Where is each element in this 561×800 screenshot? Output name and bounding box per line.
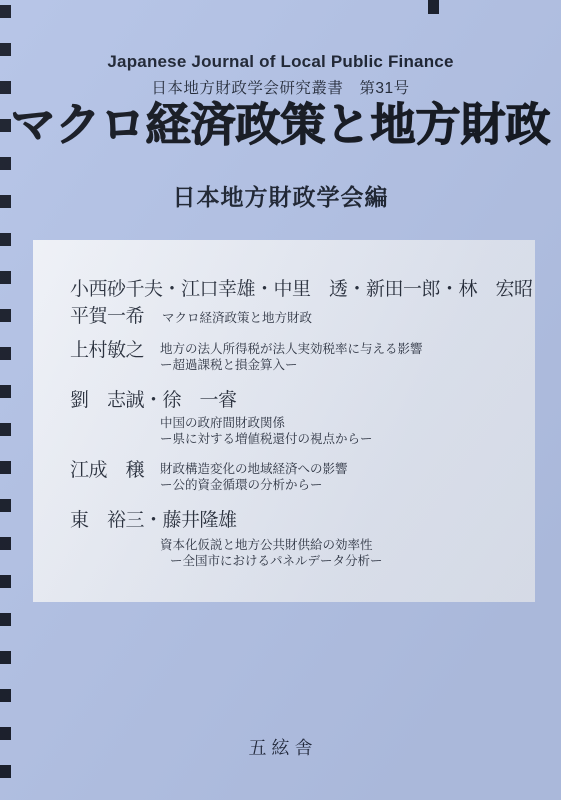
toc-entry-4-title-line1: 財政構造変化の地域経済への影響	[160, 461, 348, 477]
contents-panel: 小西砂千夫・江口幸雄・中里 透・新田一郎・林 宏昭 平賀一希 マクロ経済政策と地…	[33, 240, 535, 602]
toc-entry-2-title-line1: 地方の法人所得税が法人実効税率に与える影響	[160, 341, 423, 357]
film-edge-mark	[0, 651, 11, 664]
journal-title-english: Japanese Journal of Local Public Finance	[0, 52, 561, 72]
editor-line: 日本地方財政学会編	[0, 179, 561, 212]
book-cover: Japanese Journal of Local Public Finance…	[0, 0, 561, 800]
film-edge-mark	[0, 81, 11, 94]
toc-entry-5-title-line1: 資本化仮説と地方公共財供給の効率性	[160, 537, 529, 553]
toc-entry-1: 小西砂千夫・江口幸雄・中里 透・新田一郎・林 宏昭 平賀一希 マクロ経済政策と地…	[70, 278, 529, 329]
film-edge-mark	[0, 423, 11, 436]
toc-entry-1-authors: 小西砂千夫・江口幸雄・中里 透・新田一郎・林 宏昭	[70, 278, 529, 302]
toc-entry-5: 東 裕三・藤井隆雄 資本化仮説と地方公共財供給の効率性 ー全国市におけるパネルデ…	[70, 509, 529, 569]
film-edge-mark	[0, 727, 11, 740]
toc-entry-4-author: 江成 穣	[70, 459, 160, 483]
book-title: マクロ経済政策と地方財政	[0, 100, 561, 150]
toc-entry-1-authors-cont: 平賀一希	[70, 305, 144, 329]
toc-entry-2: 上村敏之 地方の法人所得税が法人実効税率に与える影響 ー超過課税と損金算入ー	[70, 339, 529, 373]
film-edge-mark	[0, 765, 11, 778]
toc-entry-3: 劉 志誠・徐 一睿 中国の政府間財政関係 ー県に対する増値税還付の視点からー	[70, 389, 529, 447]
series-volume-line: 日本地方財政学会研究叢書 第31号	[0, 76, 561, 98]
film-edge-mark	[0, 233, 11, 246]
publisher-name: 五絃舎	[0, 734, 561, 760]
film-edge-mark	[0, 43, 11, 56]
toc-entry-5-authors: 東 裕三・藤井隆雄	[70, 509, 529, 533]
film-edge-mark	[428, 0, 439, 14]
toc-entry-1-title: マクロ経済政策と地方財政	[162, 310, 312, 326]
toc-entry-3-authors: 劉 志誠・徐 一睿	[70, 389, 529, 413]
film-edge-mark	[0, 689, 11, 702]
film-edge-mark	[0, 119, 11, 132]
toc-entry-5-title-line2: ー全国市におけるパネルデータ分析ー	[170, 553, 529, 569]
film-edge-mark	[0, 271, 11, 284]
film-edge-mark	[0, 613, 11, 626]
film-edge-mark	[0, 461, 11, 474]
toc-entry-4-title-line2: ー公的資金循環の分析からー	[160, 477, 348, 493]
toc-entry-3-title-line2: ー県に対する増値税還付の視点からー	[160, 431, 529, 447]
film-edge-mark	[0, 575, 11, 588]
film-edge-mark	[0, 157, 11, 170]
toc-entry-2-title-line2: ー超過課税と損金算入ー	[160, 357, 423, 373]
film-edge-mark	[0, 309, 11, 322]
film-edge-mark	[0, 5, 11, 18]
film-edge-mark	[0, 499, 11, 512]
film-edge-mark	[0, 385, 11, 398]
toc-entry-3-title-line1: 中国の政府間財政関係	[160, 415, 529, 431]
film-edge-mark	[0, 347, 11, 360]
film-edge-mark	[0, 195, 11, 208]
toc-entry-4: 江成 穣 財政構造変化の地域経済への影響 ー公的資金循環の分析からー	[70, 459, 529, 493]
toc-entry-2-author: 上村敏之	[70, 339, 160, 363]
film-edge-mark	[0, 537, 11, 550]
